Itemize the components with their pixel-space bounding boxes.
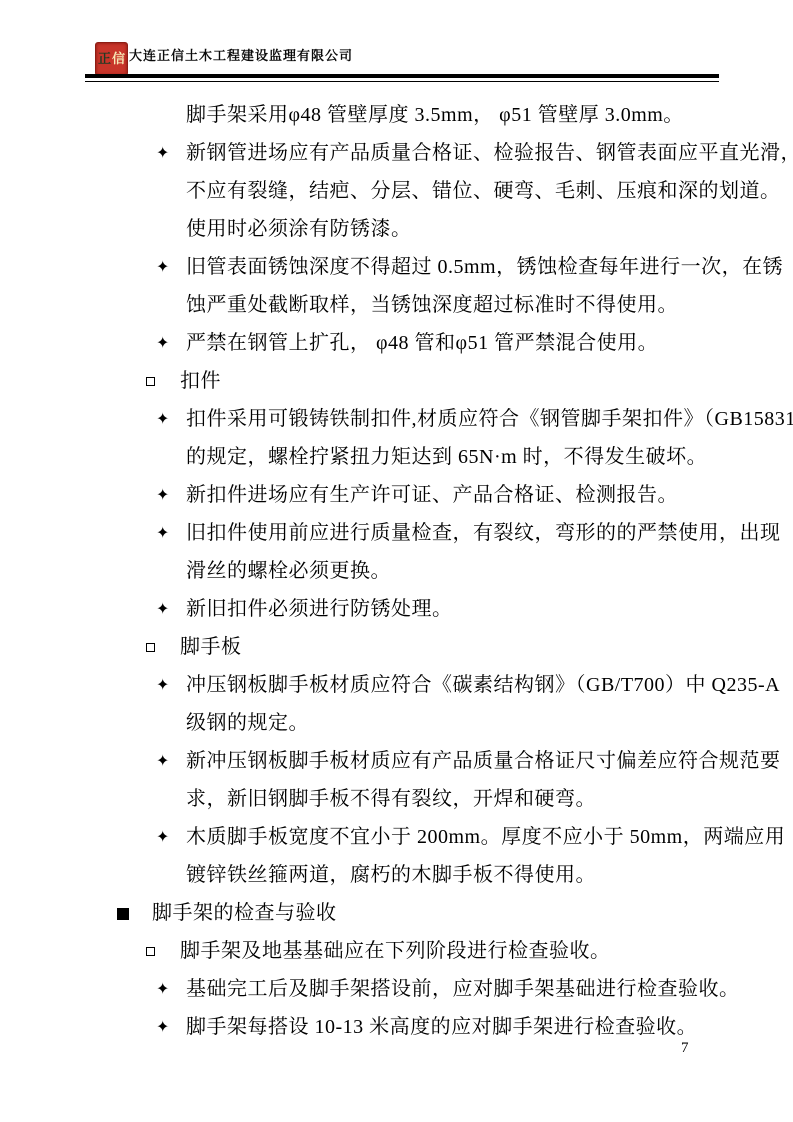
doc-line: ✦新钢管进场应有产品质量合格证、检验报告、钢管表面应平直光滑， [0,134,793,172]
doc-text: 脚手架及地基基础应在下列阶段进行检查验收。 [180,940,611,962]
doc-line: 不应有裂缝，结疤、分层、错位、硬弯、毛刺、压痕和深的划道。 [0,172,793,210]
doc-line: 滑丝的螺栓必须更换。 [0,552,793,590]
square-bullet-icon [146,947,155,956]
doc-text: 脚手架的检查与验收 [152,902,337,924]
doc-text: 脚手板 [180,636,242,658]
doc-text: 旧扣件使用前应进行质量检查，有裂纹，弯形的的严禁使用，出现 [186,522,781,544]
doc-line: ✦新扣件进场应有生产许可证、产品合格证、检测报告。 [0,476,793,514]
doc-text: 扣件 [180,370,221,392]
document-page: 正 信 大连正信土木工程建设监理有限公司 脚手架采用φ48 管壁厚度 3.5mm… [0,0,793,1122]
star-bullet-icon: ✦ [156,590,170,628]
doc-line: ✦旧扣件使用前应进行质量检查，有裂纹，弯形的的严禁使用，出现 [0,514,793,552]
doc-line: 扣件 [0,362,793,400]
doc-text: 脚手架采用φ48 管壁厚度 3.5mm， φ51 管壁厚 3.0mm。 [186,104,684,126]
doc-text: 严禁在钢管上扩孔， φ48 管和φ51 管严禁混合使用。 [186,332,658,354]
star-bullet-icon: ✦ [156,742,170,780]
doc-line: 镀锌铁丝箍两道，腐朽的木脚手板不得使用。 [0,856,793,894]
doc-text: 求，新旧钢脚手板不得有裂纹，开焊和硬弯。 [186,788,596,810]
star-bullet-icon: ✦ [156,970,170,1008]
doc-line: ✦严禁在钢管上扩孔， φ48 管和φ51 管严禁混合使用。 [0,324,793,362]
doc-text: 基础完工后及脚手架搭设前，应对脚手架基础进行检查验收。 [186,978,740,1000]
company-logo: 正 信 [95,42,128,76]
star-bullet-icon: ✦ [156,134,170,172]
doc-line: 使用时必须涂有防锈漆。 [0,210,793,248]
star-bullet-icon: ✦ [156,818,170,856]
square-bullet-icon [146,377,155,386]
header-rule-thick [85,74,719,78]
doc-text: 蚀严重处截断取样，当锈蚀深度超过标准时不得使用。 [186,294,678,316]
filled-square-bullet-icon [117,908,129,920]
doc-line: 脚手板 [0,628,793,666]
doc-text: 扣件采用可锻铸铁制扣件,材质应符合《钢管脚手架扣件》（GB15831） [186,408,793,430]
doc-line: 蚀严重处截断取样，当锈蚀深度超过标准时不得使用。 [0,286,793,324]
header-rule-thin [85,81,719,82]
star-bullet-icon: ✦ [156,1008,170,1046]
doc-line: 脚手架及地基基础应在下列阶段进行检查验收。 [0,932,793,970]
logo-char-xin: 信 [112,53,125,66]
doc-text: 使用时必须涂有防锈漆。 [186,218,412,240]
doc-text: 新旧扣件必须进行防锈处理。 [186,598,453,620]
document-body: 脚手架采用φ48 管壁厚度 3.5mm， φ51 管壁厚 3.0mm。✦新钢管进… [0,96,793,1046]
doc-line: ✦新旧扣件必须进行防锈处理。 [0,590,793,628]
page-number: 7 [681,1038,689,1058]
doc-text: 木质脚手板宽度不宜小于 200mm。厚度不应小于 50mm，两端应用 [186,826,785,848]
doc-text: 新钢管进场应有产品质量合格证、检验报告、钢管表面应平直光滑， [186,142,793,164]
doc-text: 脚手架每搭设 10-13 米高度的应对脚手架进行检查验收。 [186,1016,697,1038]
star-bullet-icon: ✦ [156,248,170,286]
company-name: 大连正信土木工程建设监理有限公司 [129,49,353,65]
doc-text: 级钢的规定。 [186,712,309,734]
logo-char-zheng: 正 [98,53,111,66]
doc-text: 新冲压钢板脚手板材质应有产品质量合格证尺寸偏差应符合规范要 [186,750,781,772]
doc-line: 的规定，螺栓拧紧扭力矩达到 65N·m 时，不得发生破坏。 [0,438,793,476]
doc-text: 镀锌铁丝箍两道，腐朽的木脚手板不得使用。 [186,864,596,886]
square-bullet-icon [146,643,155,652]
doc-text: 滑丝的螺栓必须更换。 [186,560,391,582]
doc-text: 冲压钢板脚手板材质应符合《碳素结构钢》（GB/T700）中 Q235-A [186,674,780,696]
doc-line: ✦新冲压钢板脚手板材质应有产品质量合格证尺寸偏差应符合规范要 [0,742,793,780]
doc-line: ✦基础完工后及脚手架搭设前，应对脚手架基础进行检查验收。 [0,970,793,1008]
doc-line: ✦木质脚手板宽度不宜小于 200mm。厚度不应小于 50mm，两端应用 [0,818,793,856]
doc-line: ✦旧管表面锈蚀深度不得超过 0.5mm，锈蚀检查每年进行一次，在锈 [0,248,793,286]
doc-text: 的规定，螺栓拧紧扭力矩达到 65N·m 时，不得发生破坏。 [186,446,707,468]
doc-line: 脚手架的检查与验收 [0,894,793,932]
doc-line: ✦冲压钢板脚手板材质应符合《碳素结构钢》（GB/T700）中 Q235-A [0,666,793,704]
star-bullet-icon: ✦ [156,400,170,438]
doc-line: 级钢的规定。 [0,704,793,742]
doc-text: 旧管表面锈蚀深度不得超过 0.5mm，锈蚀检查每年进行一次，在锈 [186,256,783,278]
doc-line: ✦扣件采用可锻铸铁制扣件,材质应符合《钢管脚手架扣件》（GB15831） [0,400,793,438]
star-bullet-icon: ✦ [156,514,170,552]
doc-line: ✦脚手架每搭设 10-13 米高度的应对脚手架进行检查验收。 [0,1008,793,1046]
doc-line: 脚手架采用φ48 管壁厚度 3.5mm， φ51 管壁厚 3.0mm。 [0,96,793,134]
star-bullet-icon: ✦ [156,476,170,514]
star-bullet-icon: ✦ [156,324,170,362]
doc-line: 求，新旧钢脚手板不得有裂纹，开焊和硬弯。 [0,780,793,818]
doc-text: 不应有裂缝，结疤、分层、错位、硬弯、毛刺、压痕和深的划道。 [186,180,781,202]
star-bullet-icon: ✦ [156,666,170,704]
doc-text: 新扣件进场应有生产许可证、产品合格证、检测报告。 [186,484,678,506]
